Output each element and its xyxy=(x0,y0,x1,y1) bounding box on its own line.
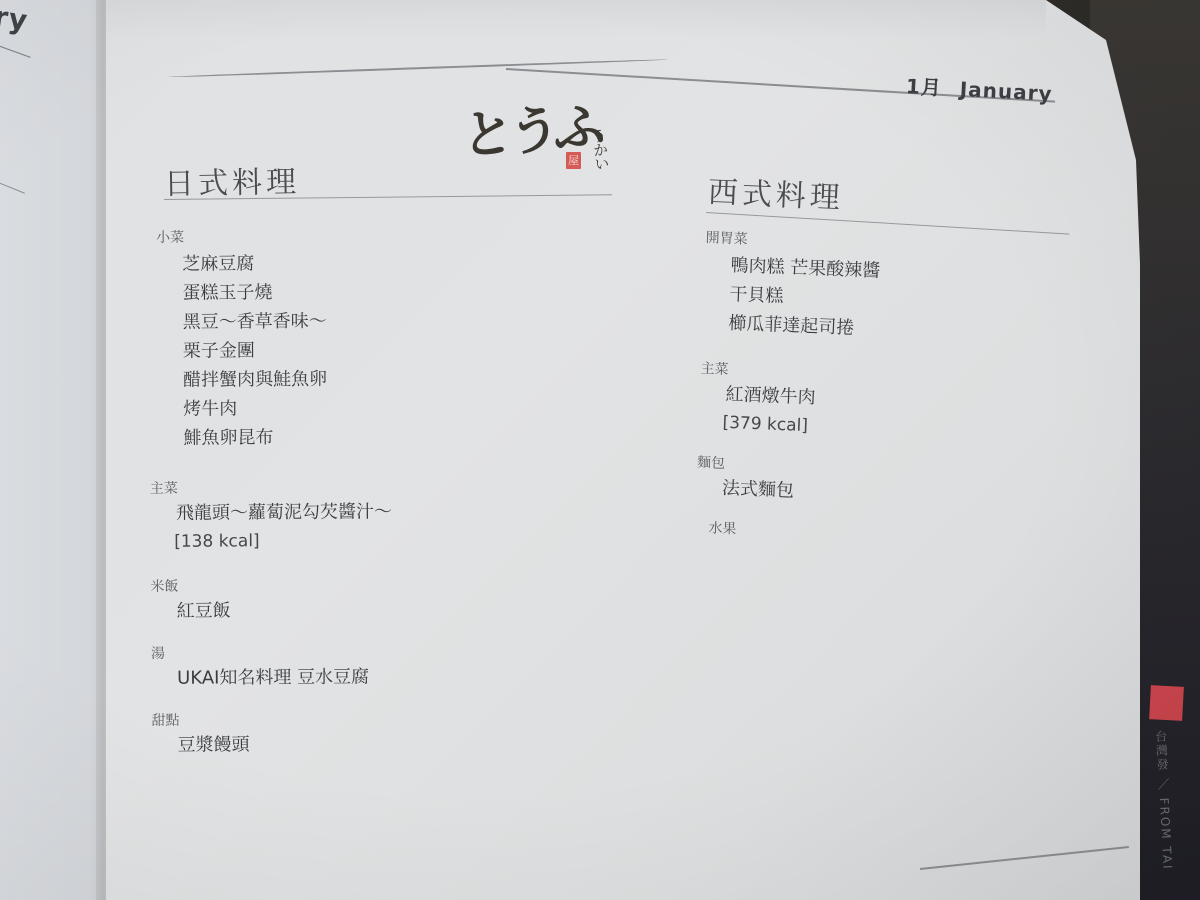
dish-item: 栗子金團 xyxy=(157,335,391,366)
dish-item: UKAI知名料理 豆水豆腐 xyxy=(151,662,393,693)
course-label: 湯 xyxy=(151,642,393,664)
calorie-count: [379 kcal] xyxy=(698,408,875,444)
month-heading: 1月January xyxy=(905,70,1053,107)
dish-item: 法式麵包 xyxy=(695,473,872,509)
section-color-tab xyxy=(1149,685,1184,721)
japanese-menu: 小菜 芝麻豆腐 蛋糕玉子燒 黑豆～香草香味～ 栗子金團 醋拌蟹肉與鮭魚卵 烤牛肉… xyxy=(148,226,394,772)
course-label: 米飯 xyxy=(150,575,392,597)
dish-item: 鯡魚卵昆布 xyxy=(157,422,391,453)
western-cuisine-title: 西式料理 xyxy=(707,167,845,217)
course-bread: 麵包 法式麵包 xyxy=(695,453,872,509)
ukai-tofuya-logo: とうふ 屋 うかい xyxy=(462,106,612,192)
course-label: 水果 xyxy=(708,518,870,544)
course-rice: 米飯 紅豆飯 xyxy=(150,575,392,626)
dish-item: 芝麻豆腐 xyxy=(156,248,390,279)
dish-item: 烤牛肉 xyxy=(157,393,391,424)
month-number: 1月 xyxy=(905,74,942,100)
course-dessert: 甜點 豆漿饅頭 xyxy=(151,709,393,760)
calorie-count: [138 kcal] xyxy=(150,526,392,557)
course-main: 主菜 飛龍頭～蘿蔔泥勾芡醬汁～ [138 kcal] xyxy=(150,477,393,557)
course-appetizers: 小菜 芝麻豆腐 蛋糕玉子燒 黑豆～香草香味～ 栗子金團 醋拌蟹肉與鮭魚卵 烤牛肉… xyxy=(156,226,392,453)
logo-kana: うかい xyxy=(588,127,613,171)
month-name: January xyxy=(959,77,1053,106)
logo-seal: 屋 xyxy=(566,152,581,169)
menu-photo: ry 1月January 日式料理 とうふ 屋 うかい 小菜 芝麻豆腐 蛋糕玉子… xyxy=(0,0,1200,900)
dish-item: 紅豆飯 xyxy=(151,595,393,626)
dish-item: 蛋糕玉子燒 xyxy=(156,277,390,308)
menu-page: 1月January 日式料理 とうふ 屋 うかい 小菜 芝麻豆腐 蛋糕玉子燒 黑… xyxy=(106,0,1140,900)
dish-item: 黑豆～香草香味～ xyxy=(157,306,391,337)
dish-item: 醋拌蟹肉與鮭魚卵 xyxy=(157,364,391,395)
dish-item: 飛龍頭～蘿蔔泥勾芡醬汁～ xyxy=(150,497,392,528)
course-main: 主菜 紅酒燉牛肉 [379 kcal] xyxy=(698,359,877,444)
course-label: 主菜 xyxy=(150,477,392,499)
japanese-cuisine-title: 日式料理 xyxy=(164,157,301,203)
page-top-shade xyxy=(106,0,1046,40)
course-soup: 湯 UKAI知名料理 豆水豆腐 xyxy=(151,642,393,693)
course-label: 甜點 xyxy=(151,709,393,731)
western-menu: 開胃菜 鴨肉糕 芒果酸辣醬 干貝糕 櫛瓜菲達起司捲 主菜 紅酒燉牛肉 [379 … xyxy=(694,228,882,557)
dish-item: 櫛瓜菲達起司捲 xyxy=(702,308,879,344)
course-fruit: 水果 xyxy=(694,518,870,545)
course-label: 小菜 xyxy=(156,226,390,248)
previous-page-month-fragment: ry xyxy=(0,0,30,37)
dish-item: 豆漿饅頭 xyxy=(152,729,394,760)
previous-page-rule xyxy=(0,39,31,58)
course-appetizers: 開胃菜 鴨肉糕 芒果酸辣醬 干貝糕 櫛瓜菲達起司捲 xyxy=(702,228,882,344)
previous-page-rule xyxy=(0,179,25,193)
